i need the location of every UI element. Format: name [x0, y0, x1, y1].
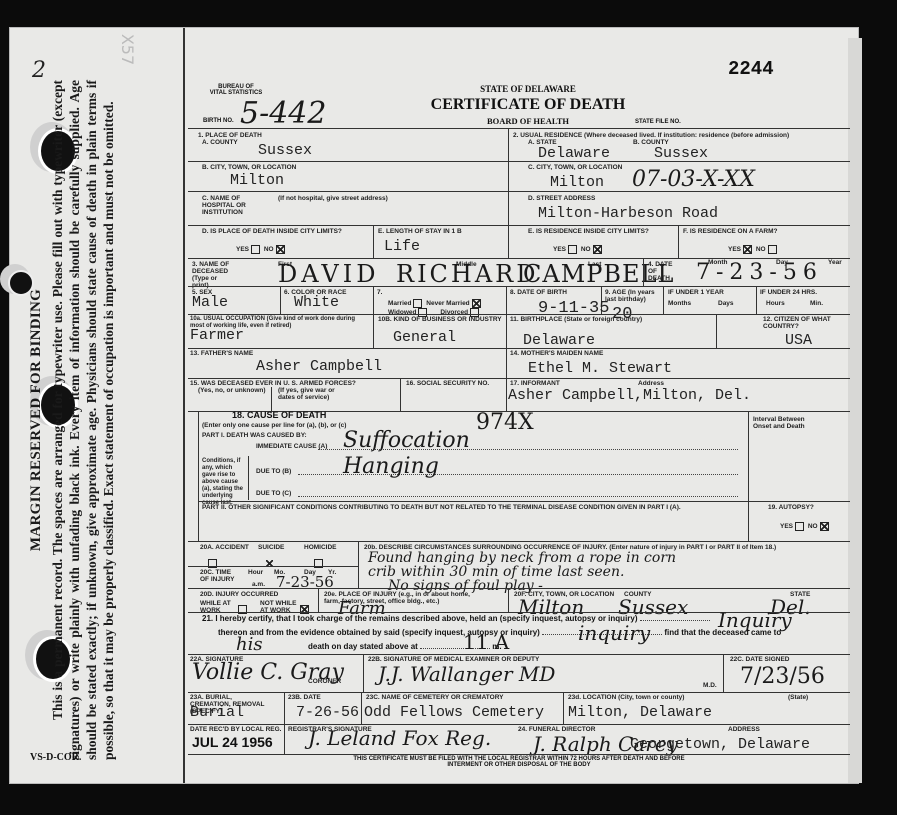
death-certificate-form: 2244 BUREAU OFVITAL STATISTICS BIRTH NO.… — [188, 48, 850, 776]
hospital-label: c. NAME OF HOSPITAL OR INSTITUTION — [202, 195, 262, 216]
res-street-label: d. STREET ADDRESS — [528, 195, 595, 202]
res-farm-choice: YES NO — [728, 245, 779, 254]
never-married-checkbox[interactable] — [472, 299, 481, 308]
informant: Asher Campbell,Milton, Del. — [508, 387, 751, 404]
funeral-director-address: Georgetown, Delaware — [630, 736, 810, 753]
race: White — [294, 294, 339, 311]
margin-heading: MARGIN RESERVED FOR BINDING — [28, 80, 45, 760]
no-checkbox[interactable] — [820, 522, 829, 531]
res-inside-limits-label: e. IS RESIDENCE INSIDE CITY LIMITS? — [528, 228, 649, 235]
date-of-death-label: 4. DATE OF DEATH — [648, 261, 674, 282]
res-city-label: c. CITY, TOWN, OR LOCATION — [528, 164, 622, 171]
state-name: STATE OF DELAWARE — [428, 84, 628, 94]
death-city-label: b. CITY, TOWN, OR LOCATION — [202, 164, 296, 171]
medical-examiner-signature: J.J. Wallanger MD — [378, 662, 555, 686]
res-county: Sussex — [654, 145, 708, 162]
hospital-note: (If not hospital, give street address) — [278, 195, 388, 202]
yes-checkbox[interactable] — [743, 245, 752, 254]
margin-instructions: MARGIN RESERVED FOR BINDING This is a pe… — [28, 80, 117, 760]
death-city: Milton — [230, 172, 284, 189]
death-time: 11 A — [463, 630, 509, 654]
yes-checkbox[interactable] — [251, 245, 260, 254]
middle-name: RICHARD — [396, 260, 539, 288]
death-county: Sussex — [258, 142, 312, 159]
autopsy-choice: YES NO — [780, 522, 831, 531]
no-checkbox[interactable] — [768, 245, 777, 254]
death-inside-limits-choice: YES NO — [236, 245, 287, 254]
due-to-b: Hanging — [343, 454, 439, 479]
page-edge — [848, 38, 862, 783]
birth-no: 5-442 — [240, 96, 326, 131]
length-of-stay-label: e. LENGTH OF STAY IN 1 b — [378, 228, 462, 235]
burial-location: Milton, Delaware — [568, 704, 712, 721]
page-title: CERTIFICATE OF DEATH — [378, 96, 678, 114]
residence-label: 2. USUAL RESIDENCE (Where deceased lived… — [513, 132, 843, 139]
yes-checkbox[interactable] — [568, 245, 577, 254]
cemetery: Odd Fellows Cemetery — [364, 704, 544, 721]
married-checkbox[interactable] — [413, 299, 422, 308]
res-street: Milton-Harbeson Road — [538, 205, 718, 222]
his: his — [236, 634, 263, 655]
certificate-number: 2244 — [728, 58, 774, 80]
sex: Male — [192, 294, 228, 311]
birth-no-label: BIRTH NO. — [203, 118, 234, 124]
form-code: VS-D-COR. — [30, 752, 81, 763]
father-name: Asher Campbell — [256, 358, 382, 375]
res-state: Delaware — [538, 145, 610, 162]
date-of-death: 7-23-56 — [696, 260, 823, 285]
mother-maiden-name: Ethel M. Stewart — [528, 360, 672, 377]
disposition: Burial — [190, 704, 244, 721]
industry: General — [393, 329, 456, 346]
yes-checkbox[interactable] — [795, 522, 804, 531]
length-of-stay: Life — [384, 238, 420, 255]
no-checkbox[interactable] — [276, 245, 285, 254]
death-inside-limits-label: d. IS PLACE OF DEATH INSIDE CITY LIMITS? — [202, 228, 342, 235]
occupation: Farmer — [190, 327, 244, 344]
name-label: 3. NAME OF DECEASED (Type or print) — [192, 261, 232, 289]
no-checkbox[interactable] — [593, 245, 602, 254]
bureau-label: BUREAU OFVITAL STATISTICS — [206, 84, 266, 96]
registrar-signature: J. Leland Fox Reg. — [308, 726, 491, 750]
cause-code: 974X — [476, 410, 534, 435]
res-farm-label: f. IS RESIDENCE ON A FARM? — [683, 228, 778, 235]
res-code: 07-03-X-XX — [632, 167, 755, 192]
date-received-stamp: JUL 24 1956 — [192, 734, 273, 750]
death-county-label: a. COUNTY — [202, 139, 238, 146]
faint-mark: X57 — [118, 34, 137, 65]
board-name: BOARD OF HEALTH — [428, 116, 628, 126]
place-of-death-label: 1. PLACE OF DEATH — [198, 132, 262, 139]
date-signed: 7/23/56 — [740, 664, 825, 689]
immediate-cause: Suffocation — [343, 428, 470, 453]
circumstances: Found hanging by neck from a rope in cor… — [368, 551, 676, 593]
cause-of-death-label: 18. CAUSE OF DEATH — [232, 410, 326, 420]
citizenship: USA — [785, 332, 812, 349]
filing-notice: THIS CERTIFICATE MUST BE FILED WITH THE … — [188, 756, 850, 768]
margin-body: This is a permanent record. The spaces a… — [49, 80, 117, 760]
first-name: DAVID — [278, 260, 379, 288]
state-file-label: STATE FILE NO. — [635, 119, 681, 125]
birthplace: Delaware — [523, 332, 595, 349]
obtained-type: inquiry — [578, 621, 650, 645]
res-city: Milton — [550, 174, 604, 191]
res-inside-limits-choice: YES NO — [553, 245, 604, 254]
burial-date: 7-26-56 — [296, 704, 359, 721]
